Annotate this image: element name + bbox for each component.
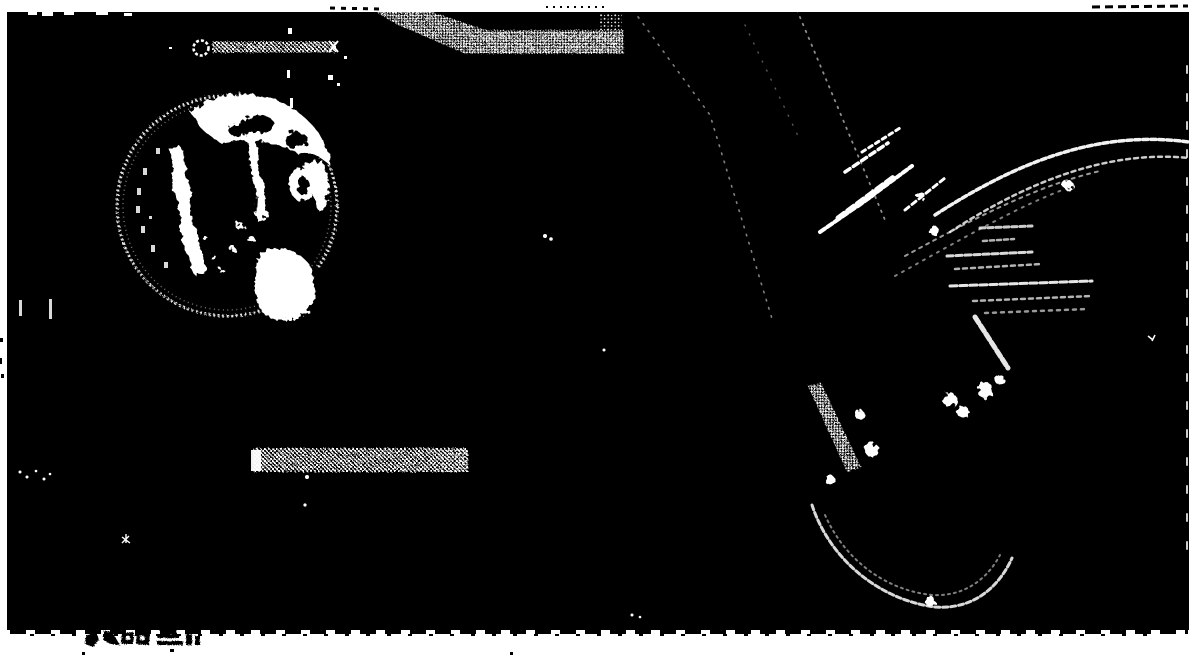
halftone-photo-figure (0, 0, 1204, 659)
metal-bar (251, 448, 468, 472)
scanned-page (0, 0, 1204, 659)
